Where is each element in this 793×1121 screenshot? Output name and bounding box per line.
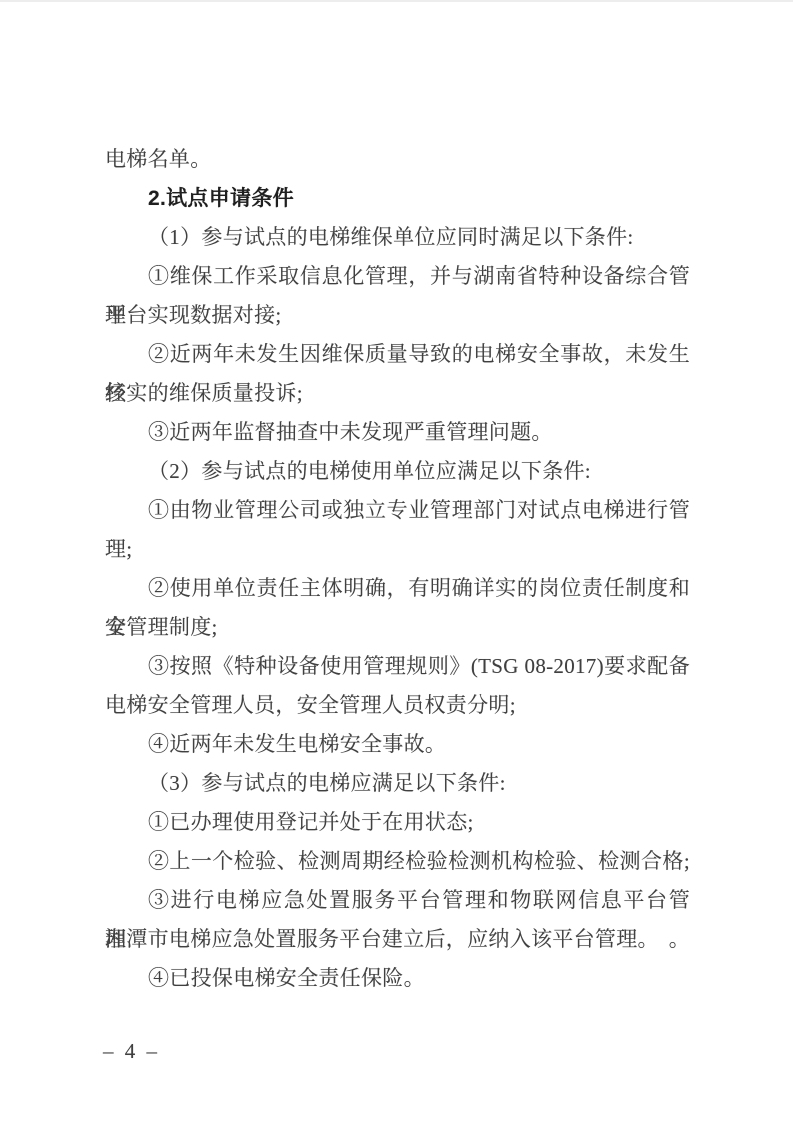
document-text: 电梯名单。2.试点申请条件（1）参与试点的电梯维保单位应同时满足以下条件:①维保… — [105, 140, 690, 998]
document-page: 电梯名单。2.试点申请条件（1）参与试点的电梯维保单位应同时满足以下条件:①维保… — [0, 0, 793, 1121]
text-line: ②上一个检验、检测周期经检验检测机构检验、检测合格; — [105, 842, 690, 881]
text-line: ①维保工作采取信息化管理，并与湖南省特种设备综合管理 — [105, 257, 690, 296]
text-line: 电梯名单。 — [105, 140, 690, 179]
text-line: 平台实现数据对接; — [105, 296, 690, 335]
text-line: ②近两年未发生因维保质量导致的电梯安全事故，未发生经 — [105, 335, 690, 374]
page-number: – 4 – — [103, 1041, 160, 1062]
text-line: 理; — [105, 530, 690, 569]
text-line: （2）参与试点的电梯使用单位应满足以下条件: — [105, 452, 690, 491]
text-line: 核实的维保质量投诉; — [105, 374, 690, 413]
scan-artifact — [0, 0, 793, 2]
text-line: 电梯安全管理人员，安全管理人员权责分明; — [105, 686, 690, 725]
text-line: 全管理制度; — [105, 608, 690, 647]
text-line: ①已办理使用登记并处于在用状态; — [105, 803, 690, 842]
text-line: ④近两年未发生电梯安全事故。 — [105, 725, 690, 764]
text-line: ④已投保电梯安全责任保险。 — [105, 959, 690, 998]
text-line: ②使用单位责任主体明确，有明确详实的岗位责任制度和安 — [105, 569, 690, 608]
text-line: ③进行电梯应急处置服务平台管理和物联网信息平台管理。 — [105, 881, 690, 920]
text-line: ③按照《特种设备使用管理规则》(TSG 08-2017)要求配备 — [105, 647, 690, 686]
text-line: （1）参与试点的电梯维保单位应同时满足以下条件: — [105, 218, 690, 257]
text-line: ③近两年监督抽查中未发现严重管理问题。 — [105, 413, 690, 452]
text-line: （3）参与试点的电梯应满足以下条件: — [105, 764, 690, 803]
section-heading: 2.试点申请条件 — [105, 179, 690, 218]
text-line: ①由物业管理公司或独立专业管理部门对试点电梯进行管 — [105, 491, 690, 530]
text-line: 湘潭市电梯应急处置服务平台建立后，应纳入该平台管理。 — [105, 920, 690, 959]
